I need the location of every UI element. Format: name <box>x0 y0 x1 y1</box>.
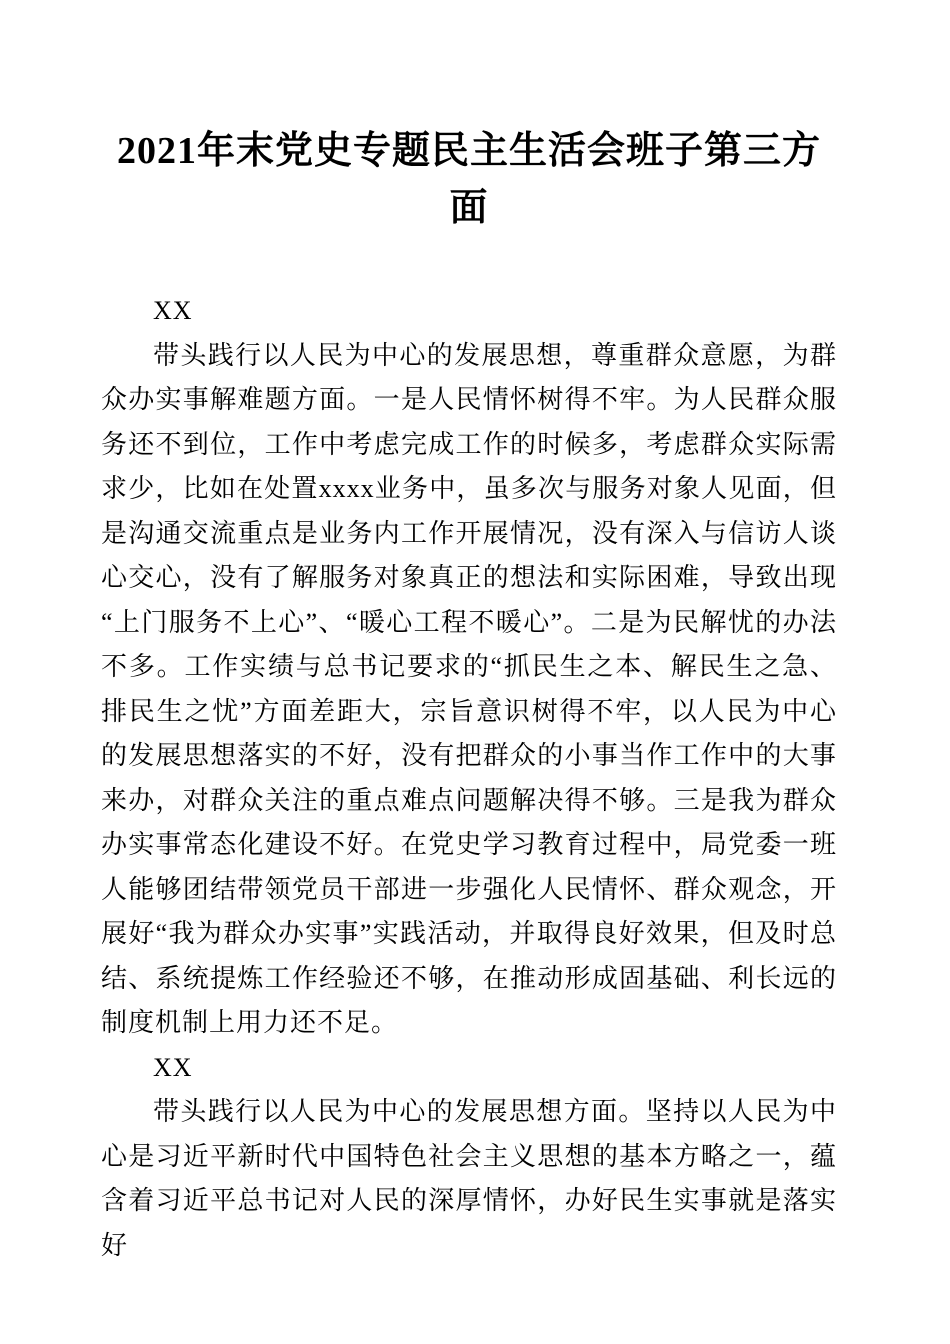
document-title: 2021年末党史专题民主生活会班子第三方面 <box>101 123 837 237</box>
document-page: 2021年末党史专题民主生活会班子第三方面 XX 带头践行以人民为中心的发展思想… <box>0 0 950 1344</box>
paragraph-speaker-2: XX <box>101 1046 837 1091</box>
paragraph-speaker-1: XX <box>101 289 837 334</box>
paragraph-body-2: 带头践行以人民为中心的发展思想方面。坚持以人民为中心是习近平新时代中国特色社会主… <box>101 1090 837 1268</box>
paragraph-body-1: 带头践行以人民为中心的发展思想，尊重群众意愿，为群众办实事解难题方面。一是人民情… <box>101 334 837 1046</box>
